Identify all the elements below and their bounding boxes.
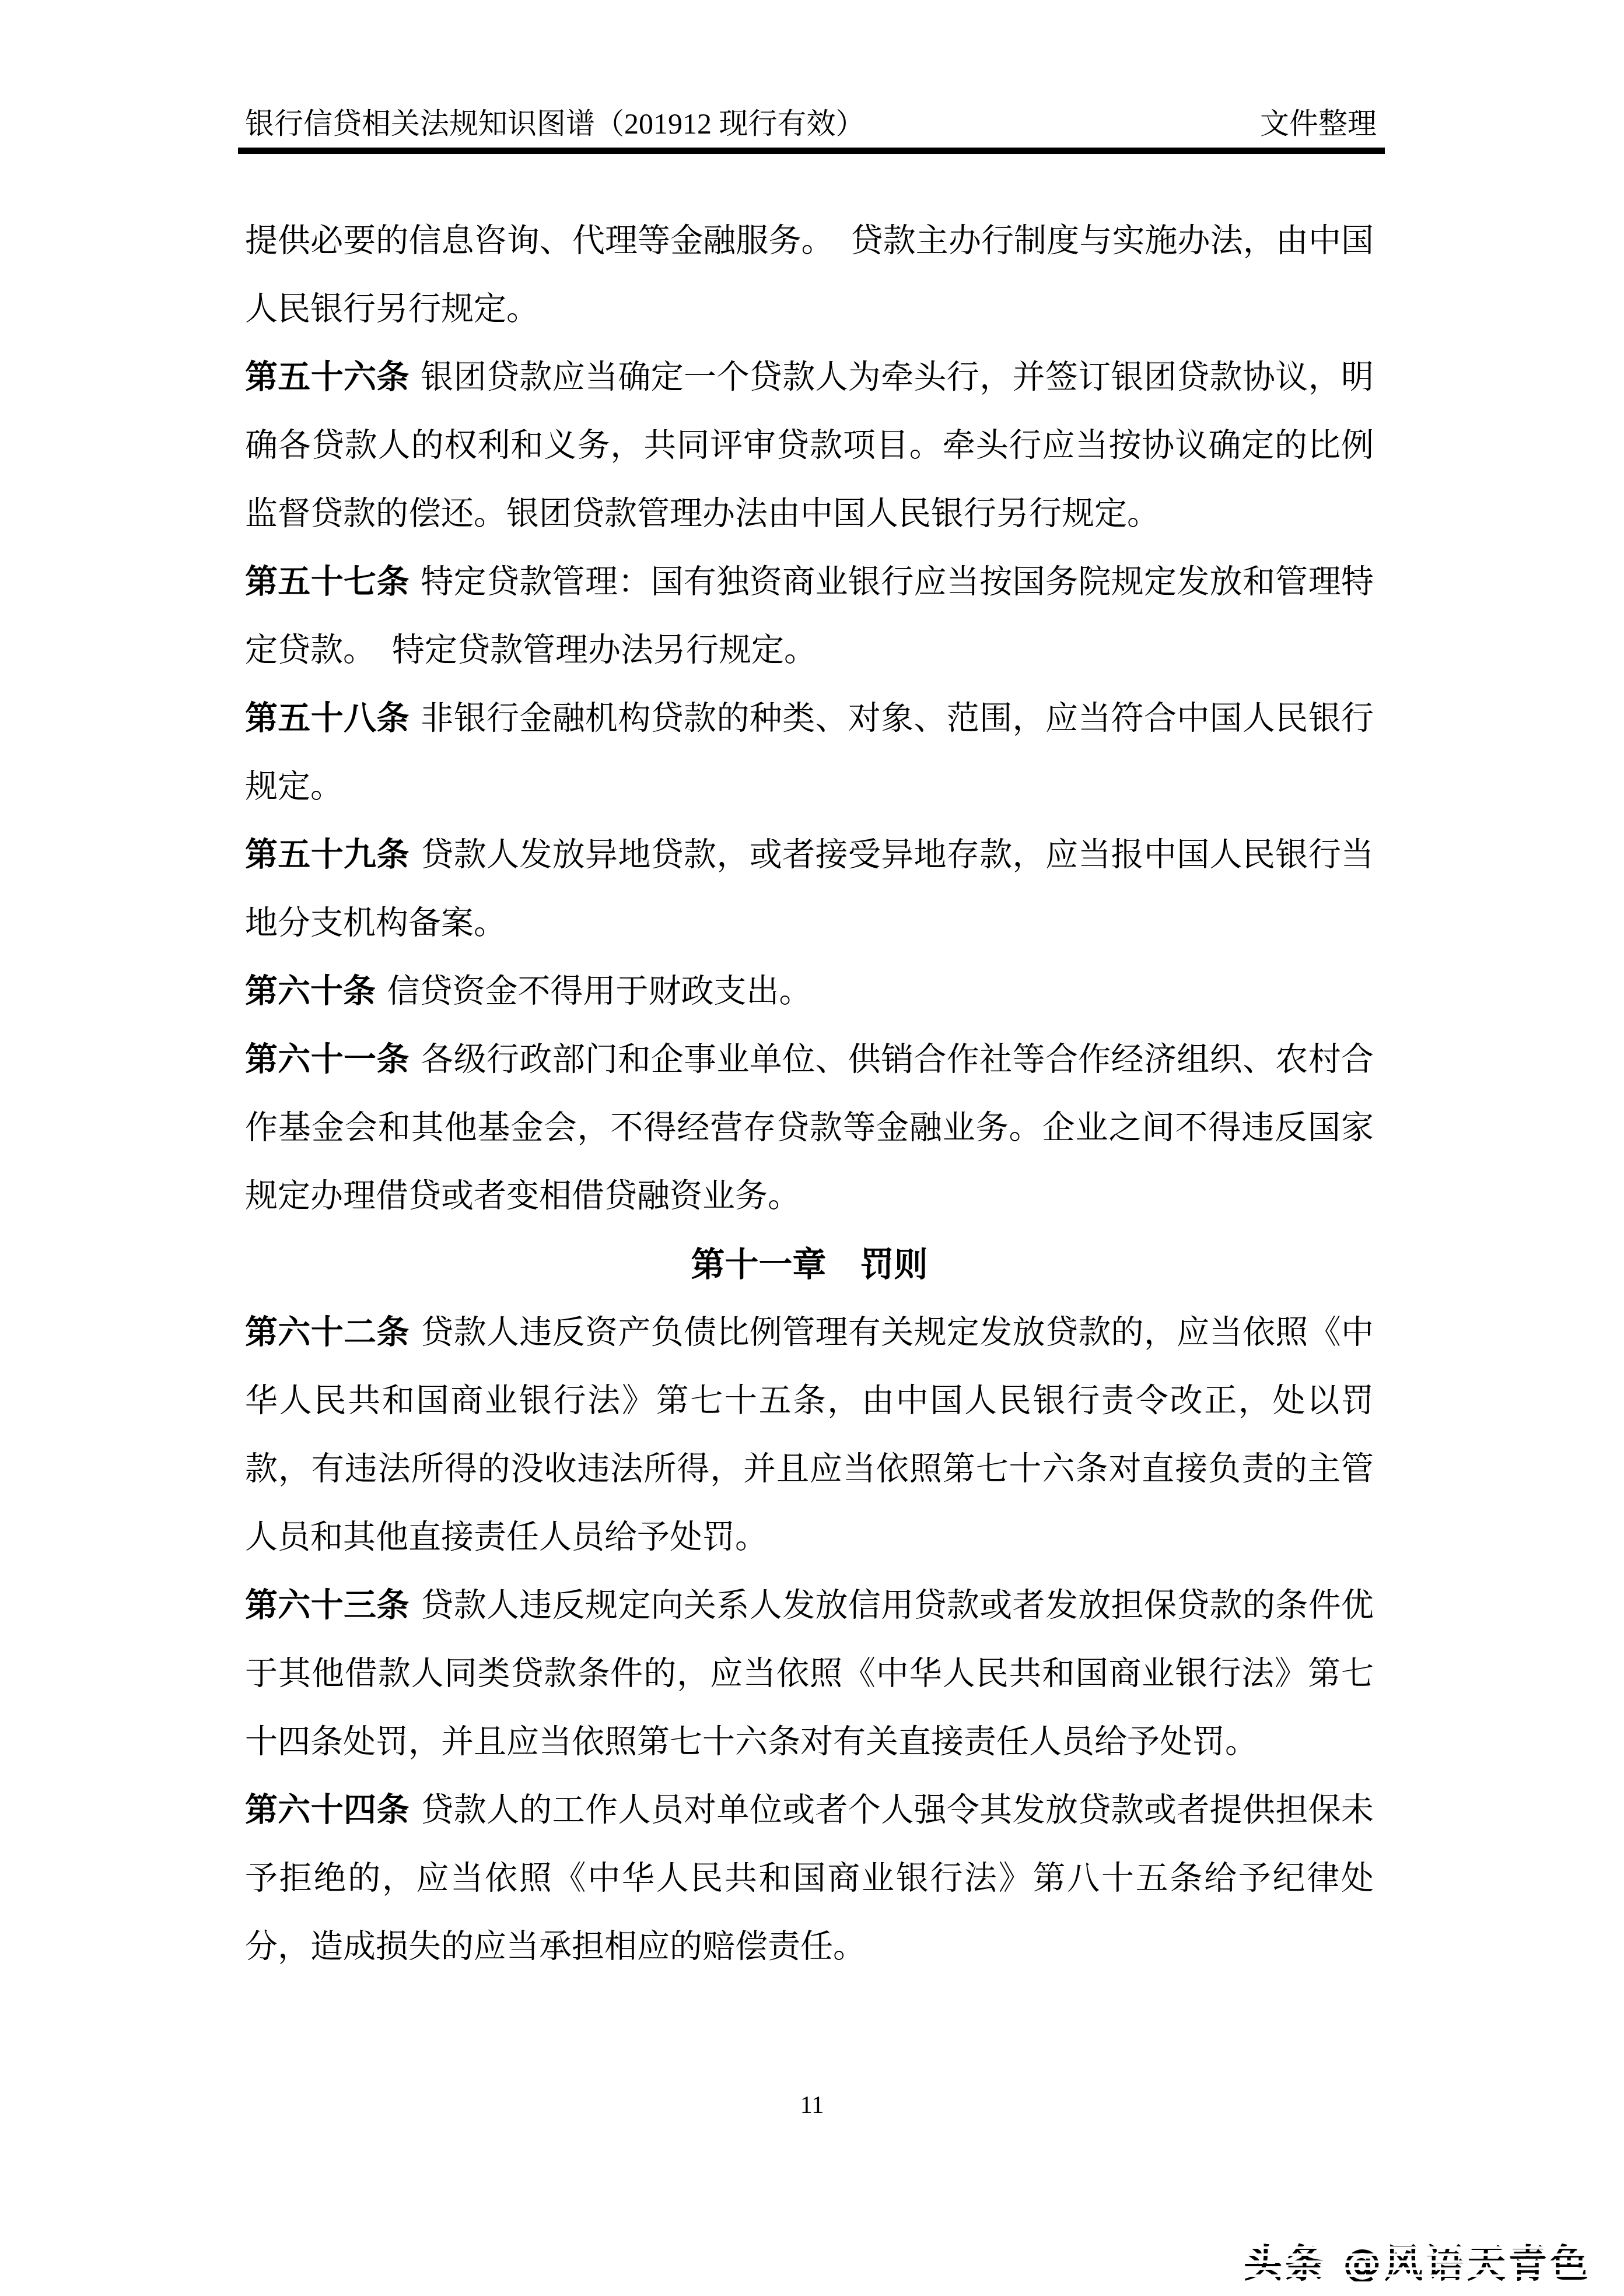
text-line: 规定。 [245, 753, 1374, 821]
text-line: 第五十七条特定贷款管理：国有独资商业银行应当按国务院规定发放和管理特 [245, 548, 1374, 616]
text-line: 监督贷款的偿还。银团贷款管理办法由中国人民银行另行规定。 [245, 480, 1374, 548]
text-line: 第五十六条银团贷款应当确定一个贷款人为牵头行，并签订银团贷款协议，明 [245, 343, 1374, 412]
text-line: 提供必要的信息咨询、代理等金融服务。 贷款主办行制度与实施办法，由中国 [245, 207, 1374, 275]
text-line: 第五十九条贷款人发放异地贷款，或者接受异地存款，应当报中国人民银行当 [245, 821, 1374, 889]
article-number: 第五十六条 [245, 359, 409, 395]
text-line: 款，有违法所得的没收违法所得，并且应当依照第七十六条对直接负责的主管 [245, 1435, 1374, 1503]
article-number: 第六十二条 [245, 1314, 409, 1351]
text-line: 十四条处罚，并且应当依照第七十六条对有关直接责任人员给予处罚。 [245, 1708, 1374, 1776]
text-line: 地分支机构备案。 [245, 889, 1374, 958]
text-line: 第六十二条贷款人违反资产负债比例管理有关规定发放贷款的，应当依照《中 [245, 1299, 1374, 1367]
text-line: 人民银行另行规定。 [245, 275, 1374, 343]
text-line: 华人民共和国商业银行法》第七十五条，由中国人民银行责令改正，处以罚 [245, 1367, 1374, 1435]
text-line: 予拒绝的，应当依照《中华人民共和国商业银行法》第八十五条给予纪律处 [245, 1845, 1374, 1913]
text-line: 定贷款。 特定贷款管理办法另行规定。 [245, 616, 1374, 685]
text-line: 规定办理借贷或者变相借贷融资业务。 [245, 1162, 1374, 1231]
text-line: 人员和其他直接责任人员给予处罚。 [245, 1503, 1374, 1572]
document-body: 提供必要的信息咨询、代理等金融服务。 贷款主办行制度与实施办法，由中国 人民银行… [245, 207, 1374, 1981]
article-number: 第五十八条 [245, 700, 409, 737]
page-header: 银行信贷相关法规知识图谱（201912 现行有效） 文件整理 [245, 107, 1377, 141]
article-number: 第六十条 [245, 973, 376, 1009]
article-number: 第五十九条 [245, 837, 409, 873]
header-right-label: 文件整理 [1260, 107, 1377, 141]
chapter-heading: 第十一章 罚则 [245, 1231, 1374, 1299]
article-number: 第六十三条 [245, 1587, 409, 1624]
text-line: 第六十三条贷款人违反规定向关系人发放信用贷款或者发放担保贷款的条件优 [245, 1572, 1374, 1640]
article-number: 第五十七条 [245, 564, 409, 600]
text-line: 分，造成损失的应当承担相应的赔偿责任。 [245, 1913, 1374, 1981]
text-line: 第五十八条非银行金融机构贷款的种类、对象、范围，应当符合中国人民银行 [245, 685, 1374, 753]
header-title: 银行信贷相关法规知识图谱（201912 现行有效） [245, 107, 865, 141]
text-line: 第六十四条贷款人的工作人员对单位或者个人强令其发放贷款或者提供担保未 [245, 1776, 1374, 1845]
document-page: 银行信贷相关法规知识图谱（201912 现行有效） 文件整理 提供必要的信息咨询… [0, 0, 1624, 2296]
text-line: 作基金会和其他基金会，不得经营存贷款等金融业务。企业之间不得违反国家 [245, 1094, 1374, 1162]
text-line: 于其他借款人同类贷款条件的，应当依照《中华人民共和国商业银行法》第七 [245, 1640, 1374, 1708]
article-number: 第六十四条 [245, 1792, 409, 1828]
text-line: 第六十一条各级行政部门和企事业单位、供销合作社等合作经济组织、农村合 [245, 1026, 1374, 1094]
watermark: 头条 @风语天青色 [1244, 2232, 1591, 2288]
text-line: 第六十条信贷资金不得用于财政支出。 [245, 958, 1374, 1026]
header-rule [238, 148, 1385, 154]
text-line: 确各贷款人的权利和义务，共同评审贷款项目。牵头行应当按协议确定的比例 [245, 412, 1374, 480]
article-number: 第六十一条 [245, 1042, 409, 1078]
page-number: 11 [0, 2091, 1624, 2119]
